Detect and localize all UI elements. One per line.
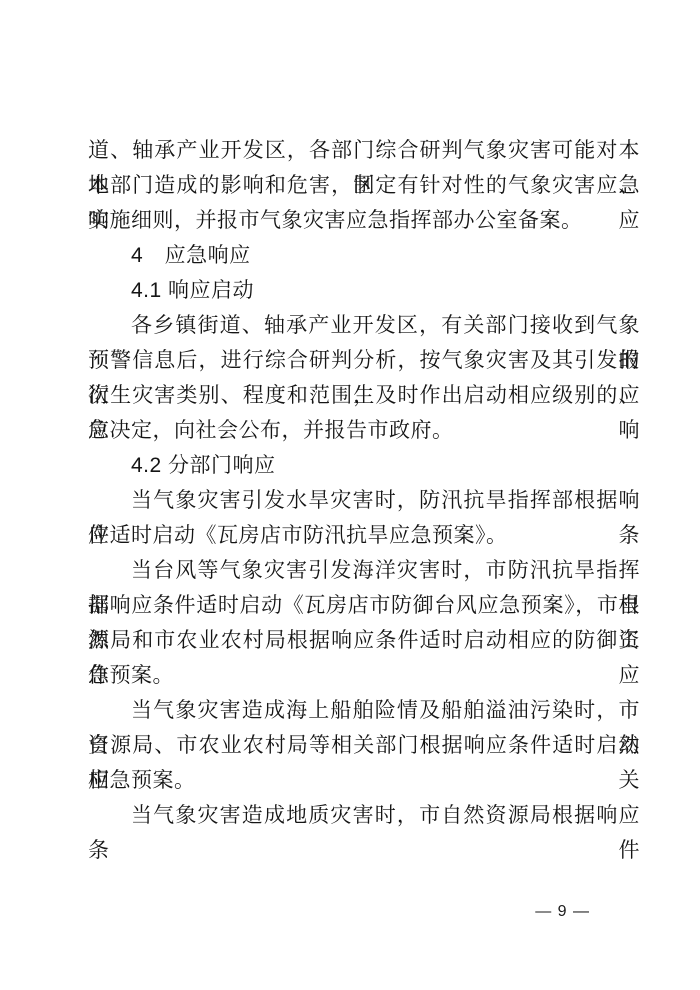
text-line: 预警信息后，进行综合研判分析，按气象灾害及其引发的次生、 [88,343,640,378]
text-line: 各乡镇街道、轴承产业开发区，有关部门接收到气象预报 [88,308,640,343]
document-page: 道、轴承产业开发区，各部门综合研判气象灾害可能对本地区、 本部门造成的影响和危害… [0,0,700,990]
text-line: 源局和市农业农村局根据响应条件适时启动相应的防御工作应 [88,623,640,658]
text-line: 资源局、市农业农村局等相关部门根据响应条件适时启动相关 [88,728,640,763]
text-line: 据响应条件适时启动《瓦房店市防御台风应急预案》，市自然资 [88,588,640,623]
text-line: 实施细则，并报市气象灾害应急指挥部办公室备案。 [88,203,640,238]
text-line: 当气象灾害造成地质灾害时，市自然资源局根据响应条件 [88,798,640,833]
text-line: 衍生灾害类别、程度和范围，及时作出启动相应级别的应急响 [88,378,640,413]
page-number: — 9 — [0,900,590,924]
text-line: 道、轴承产业开发区，各部门综合研判气象灾害可能对本地区、 [88,133,640,168]
text-line: 当台风等气象灾害引发海洋灾害时，市防汛抗旱指挥部根 [88,553,640,588]
section-heading-4-2: 4.2 分部门响应 [88,448,640,483]
document-body: 道、轴承产业开发区，各部门综合研判气象灾害可能对本地区、 本部门造成的影响和危害… [88,133,640,833]
text-line: 当气象灾害引发水旱灾害时，防汛抗旱指挥部根据响应条 [88,483,640,518]
section-heading-4-1: 4.1 响应启动 [88,273,640,308]
section-heading-4: 4 应急响应 [88,238,640,273]
text-line: 当气象灾害造成海上船舶险情及船舶溢油污染时，市自然 [88,693,640,728]
text-line: 本部门造成的影响和危害，制定有针对性的气象灾害应急响应 [88,168,640,203]
